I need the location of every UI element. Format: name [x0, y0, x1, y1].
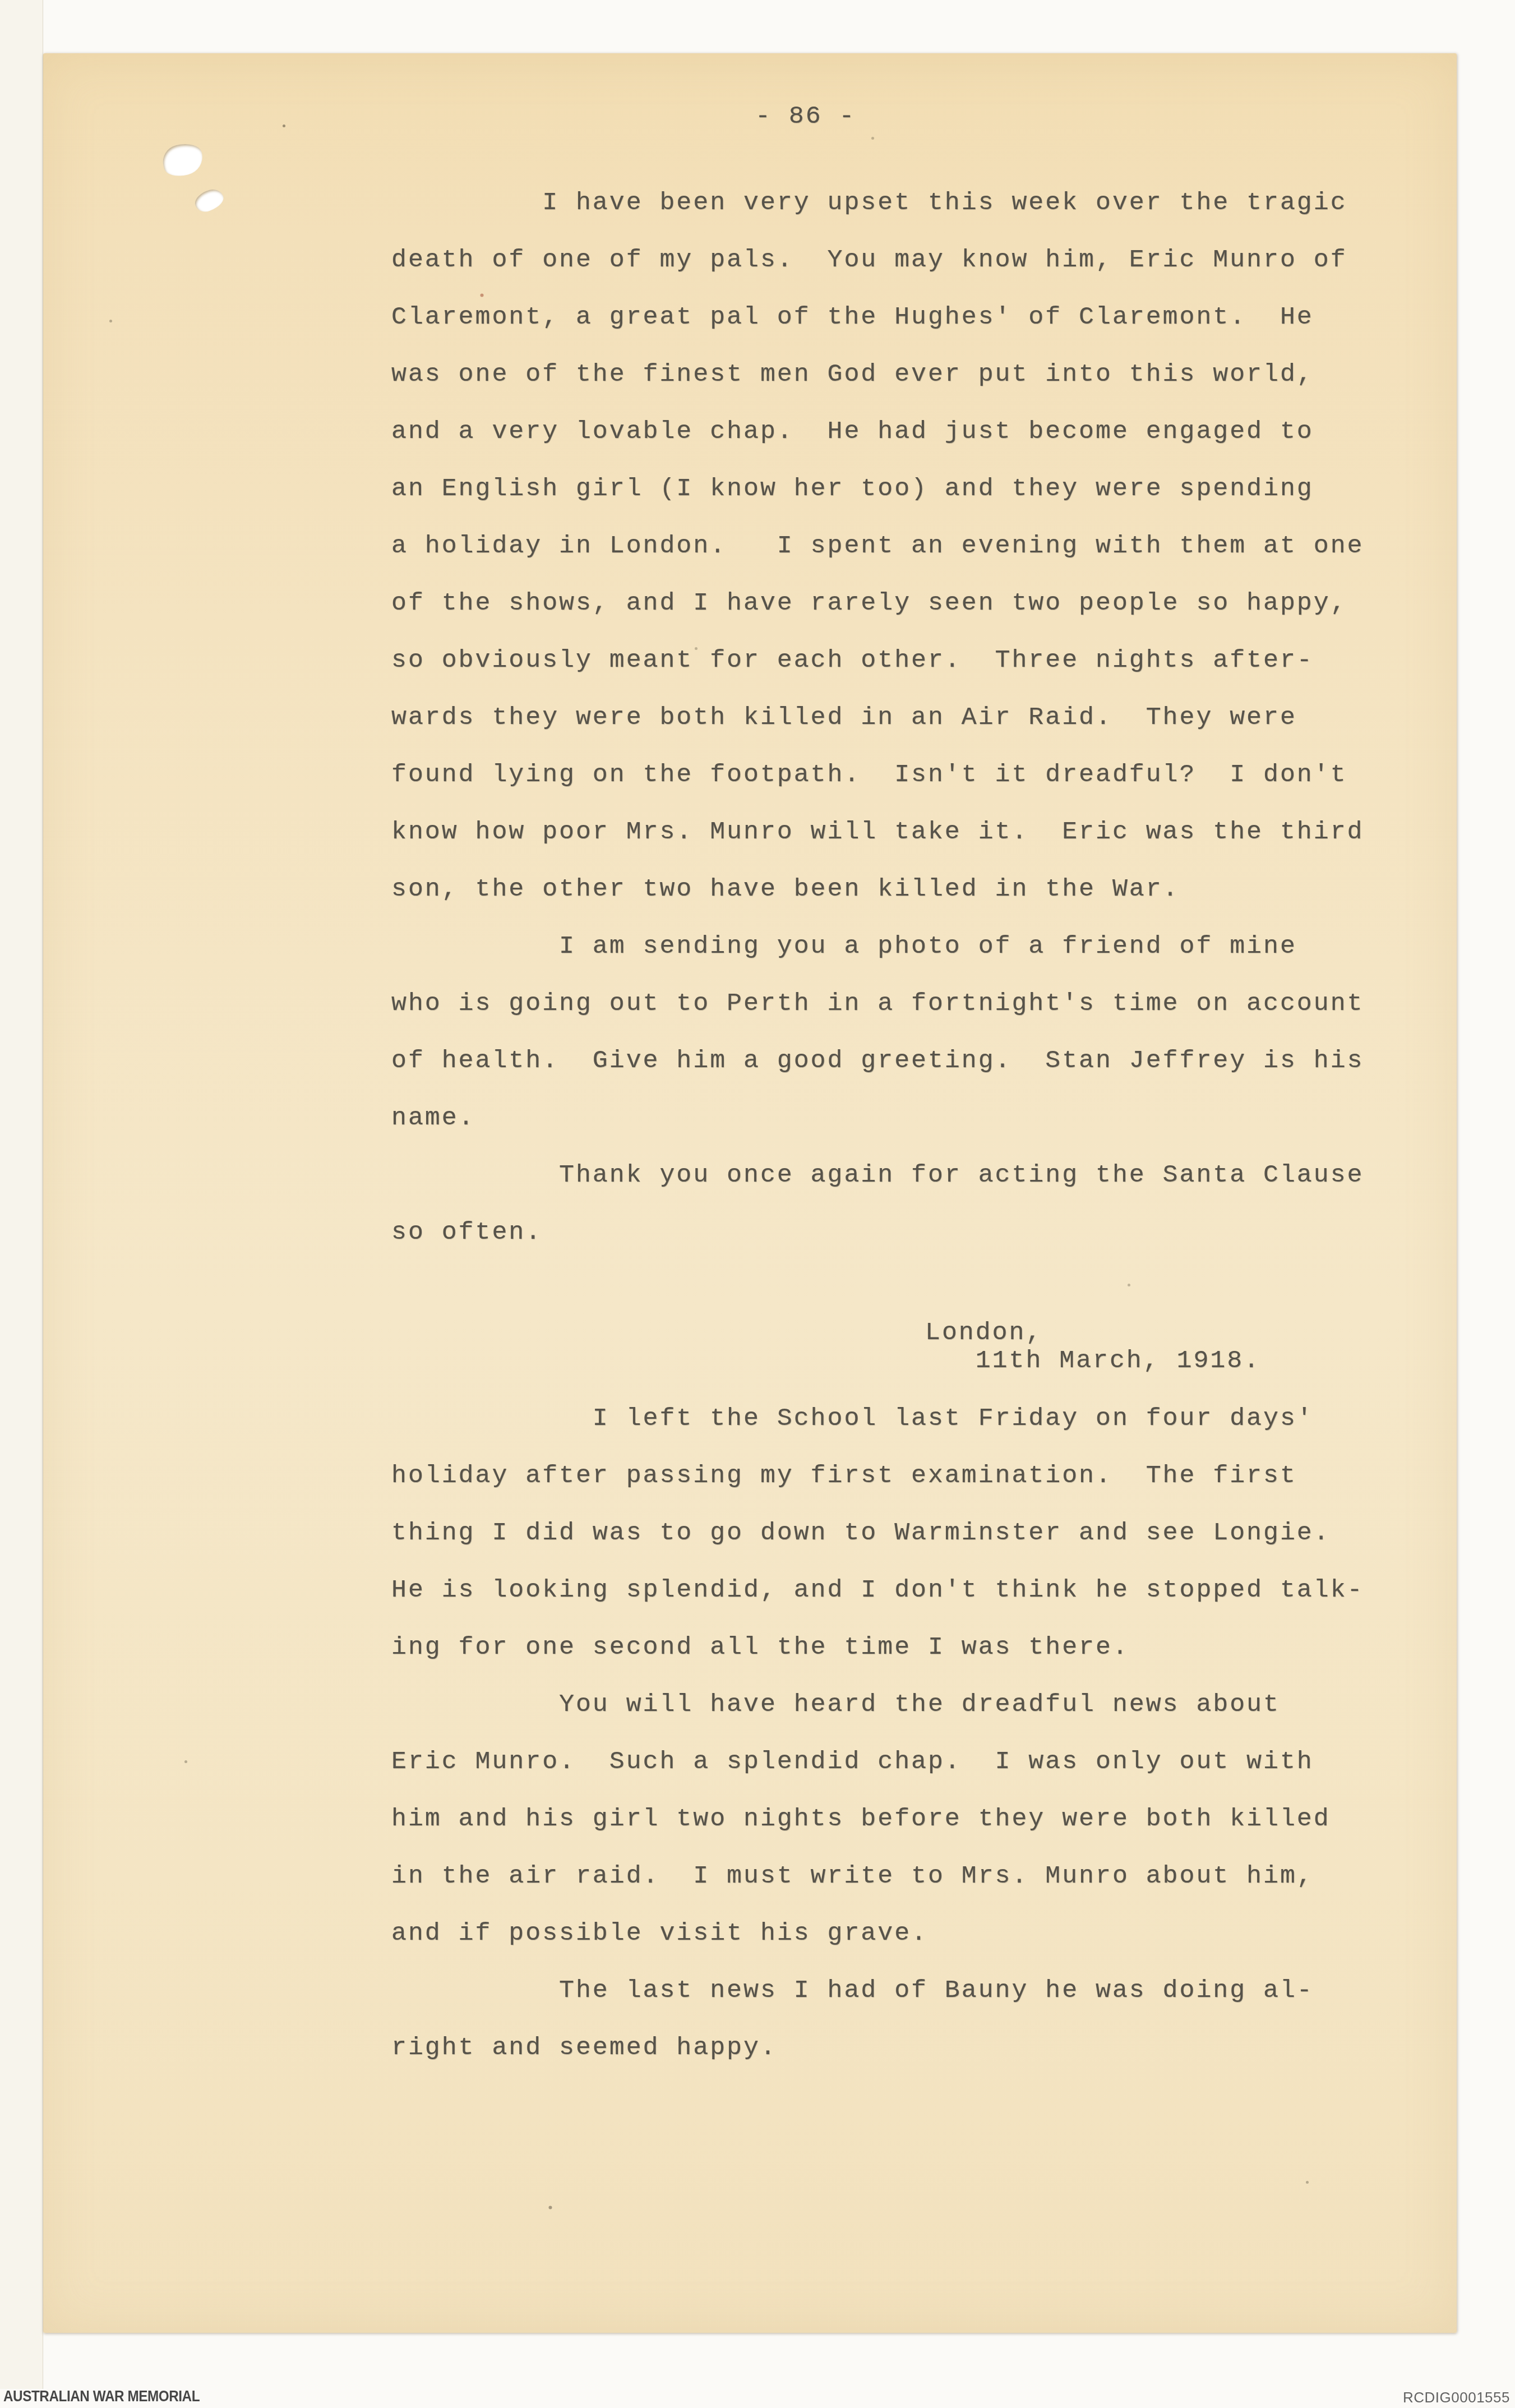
letter-line: ing for one second all the time I was th… [391, 1619, 1364, 1676]
letter-line: I am sending you a photo of a friend of … [391, 918, 1364, 975]
paper-hole [192, 186, 226, 215]
letter-line: in the air raid. I must write to Mrs. Mu… [391, 1848, 1364, 1905]
letter-line: wards they were both killed in an Air Ra… [391, 689, 1364, 746]
letter-line: of health. Give him a good greeting. Sta… [391, 1032, 1364, 1090]
letter-line: and a very lovable chap. He had just bec… [391, 403, 1364, 460]
letter-line: right and seemed happy. [391, 2019, 1364, 2077]
letter-line: found lying on the footpath. Isn't it dr… [391, 746, 1364, 804]
paper-hole [159, 140, 206, 180]
letter-line: London, [925, 1319, 1260, 1347]
letter-line: holiday after passing my first examinati… [391, 1447, 1364, 1505]
letter-line: so obviously meant for each other. Three… [391, 632, 1364, 689]
letter-line: Thank you once again for acting the Sant… [391, 1147, 1364, 1204]
reference-id: RCDIG0001555 [1403, 2389, 1510, 2406]
letter-line: I left the School last Friday on four da… [391, 1390, 1364, 1447]
letter-line: I have been very upset this week over th… [391, 174, 1364, 232]
archive-watermark: AUSTRALIAN WAR MEMORIAL [3, 2388, 200, 2405]
letter-line: Eric Munro. Such a splendid chap. I was … [391, 1733, 1364, 1791]
paper-specks [43, 53, 45, 55]
letter-body-first-letter: I have been very upset this week over th… [391, 174, 1364, 1261]
letter-line: name. [391, 1090, 1364, 1147]
letter-line: Claremont, a great pal of the Hughes' of… [391, 289, 1364, 346]
letter-body-second-letter: I left the School last Friday on four da… [391, 1390, 1364, 2077]
letter-line: and if possible visit his grave. [391, 1905, 1364, 1962]
page-number: - 86 - [755, 104, 856, 129]
letter-line: 11th March, 1918. [925, 1347, 1260, 1375]
letter-line: who is going out to Perth in a fortnight… [391, 975, 1364, 1032]
scan-edge-strip [0, 0, 43, 2389]
letter-line: know how poor Mrs. Munro will take it. E… [391, 804, 1364, 861]
letter-line: He is looking splendid, and I don't thin… [391, 1562, 1364, 1619]
letter-line: death of one of my pals. You may know hi… [391, 232, 1364, 289]
letter-line: The last news I had of Bauny he was doin… [391, 1962, 1364, 2019]
letter-line: an English girl (I know her too) and the… [391, 460, 1364, 518]
letter-dateline: London, 11th March, 1918. [925, 1319, 1260, 1375]
letter-line: was one of the finest men God ever put i… [391, 346, 1364, 403]
letter-line: thing I did was to go down to Warminster… [391, 1505, 1364, 1562]
scanned-letter-page: - 86 - I have been very upset this week … [0, 0, 1515, 2408]
letter-line: him and his girl two nights before they … [391, 1791, 1364, 1848]
letter-line: son, the other two have been killed in t… [391, 861, 1364, 918]
letter-line: so often. [391, 1204, 1364, 1261]
letter-line: of the shows, and I have rarely seen two… [391, 575, 1364, 632]
letter-line: You will have heard the dreadful news ab… [391, 1676, 1364, 1733]
letter-sheet: - 86 - I have been very upset this week … [43, 53, 1457, 2333]
letter-line: a holiday in London. I spent an evening … [391, 518, 1364, 575]
